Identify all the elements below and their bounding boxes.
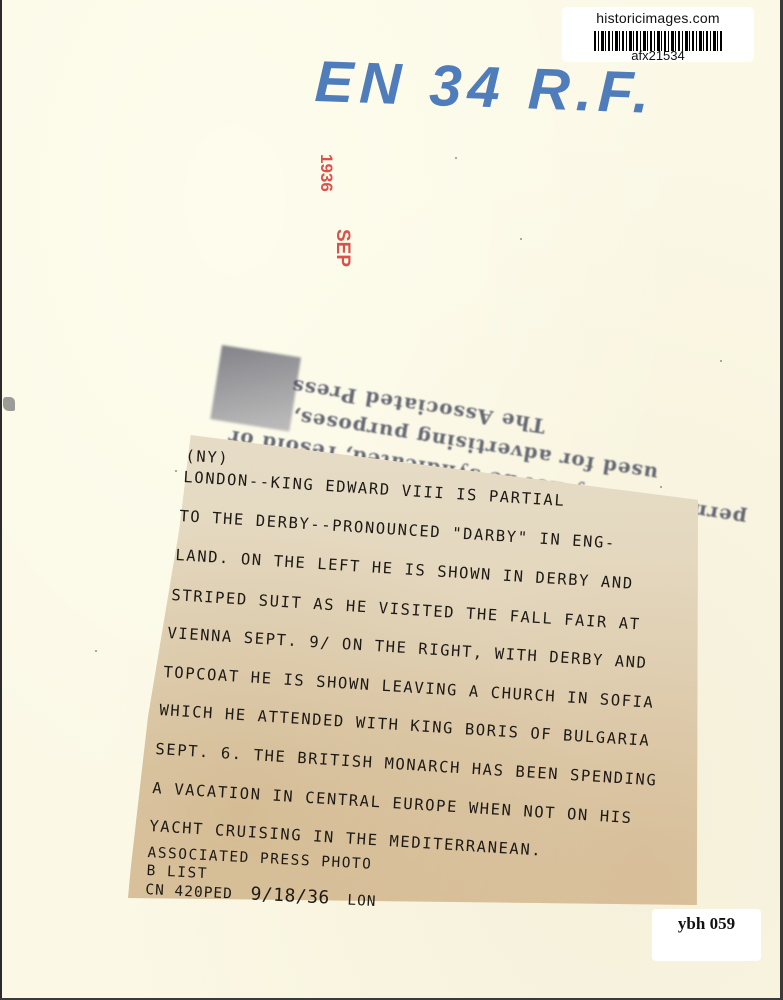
scan-edge-left [0,0,2,1000]
caption-office: LON [347,893,377,911]
caption-date: 9/18/36 [250,884,330,909]
inventory-label: ybh 059 [652,909,761,961]
barcode-label: historicimages.com afx21534 [562,7,754,62]
handwritten-note: EN 34 R.F. [314,48,657,127]
ink-smudge [3,397,15,411]
caption-dateline-prefix: (NY) [185,447,230,467]
date-stamp-year: 1936 [316,154,336,192]
photo-back-page: historicimages.com afx21534 EN 34 R.F. 1… [0,0,783,1000]
barcode-site-text: historicimages.com [562,10,754,26]
date-stamp-month: SEP [331,229,353,267]
caption-code: CN 420PED [145,882,233,903]
inventory-label-text: ybh 059 [652,914,761,934]
stamp-ink-block [210,345,301,432]
